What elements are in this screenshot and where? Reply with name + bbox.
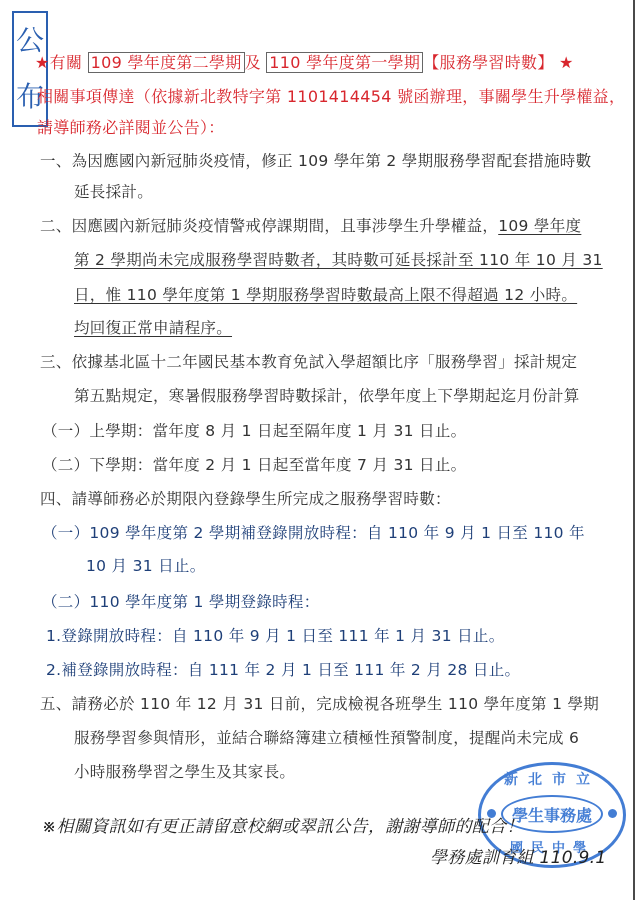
item-two-line-3: 日，惟 110 學年度第 1 學期服務學習時數最高上限不得超過 12 小時。	[74, 285, 577, 305]
seal-center-text: 學生事務處	[512, 803, 592, 826]
star-icon: ★	[35, 53, 50, 72]
header-line-3: 請導師務必詳閱並公告）：	[37, 118, 225, 138]
item-number: 一、	[40, 152, 72, 170]
item-one-line-2: 延長採計。	[74, 182, 153, 202]
stamp-char: 公	[16, 27, 44, 55]
item-four-sub-2: （二）110 學年度第 1 學期登錄時程：	[42, 592, 320, 612]
item-text: 請導師務必於期限內登錄學生所完成之服務學習時數：	[72, 490, 451, 508]
item-four-sub-2-item-1: 1.登錄開放時程：自 110 年 9 月 1 日至 111 年 1 月 31 日…	[46, 626, 505, 646]
item-three-sub-2: （二）下學期：當年度 2 月 1 日起至當年度 7 月 31 日止。	[42, 455, 466, 475]
header-conj: 及	[245, 53, 261, 72]
item-text: 為因應國內新冠肺炎疫情，修正 109 學年第 2 學期服務學習配套措施時數	[72, 152, 592, 170]
item-text: 因應國內新冠肺炎疫情警戒停課期間，且事涉學生升學權益，	[72, 217, 499, 235]
header-line-2: 相關事項傳達（依據新北教特字第 1101414454 號函辦理，事關學生升學權益…	[37, 87, 625, 107]
item-text: 請務必於 110 年 12 月 31 日前，完成檢視各班學生 110 學年度第 …	[72, 695, 599, 713]
item-four-sub-1-line-1: （一）109 學年度第 2 學期補登錄開放時程：自 110 年 9 月 1 日至…	[42, 523, 585, 543]
item-number: 五、	[40, 695, 72, 713]
item-four-sub-1-line-2: 10 月 31 日止。	[86, 556, 206, 576]
item-five-line-2: 服務學習參與情形，並結合聯絡簿建立積極性預警制度，提醒尚未完成 6	[74, 728, 579, 748]
footer-signature: 學務處訓育組 110.9.1	[430, 848, 607, 868]
item-number: 四、	[40, 490, 72, 508]
header-topic: 【服務學習時數】	[423, 53, 553, 72]
item-one-line-1: 一、為因應國內新冠肺炎疫情，修正 109 學年第 2 學期服務學習配套措施時數	[40, 151, 591, 171]
item-three-sub-1: （一）上學期：當年度 8 月 1 日起至隔年度 1 月 31 日止。	[42, 421, 466, 441]
header-prefix: 有關	[50, 53, 83, 72]
item-two-line-1: 二、因應國內新冠肺炎疫情警戒停課期間，且事涉學生升學權益，109 學年度	[40, 216, 581, 236]
announcement-page: 公 布 ★有關 109 學年度第二學期及 110 學年度第一學期【服務學習時數】…	[0, 0, 636, 900]
seal-flower-icon	[608, 809, 617, 818]
item-two-line-4: 均回復正常申請程序。	[74, 318, 232, 338]
term1-box: 109 學年度第二學期	[88, 52, 245, 73]
item-four-line-1: 四、請導師務必於期限內登錄學生所完成之服務學習時數：	[40, 489, 451, 509]
seal-top-text: 新北市立	[481, 769, 623, 789]
item-four-sub-2-item-2: 2.補登錄開放時程：自 111 年 2 月 1 日至 111 年 2 月 28 …	[46, 660, 520, 680]
item-number: 三、	[40, 353, 72, 371]
footer-note: ※相關資訊如有更正請留意校網或翠訊公告，謝謝導師的配合！	[42, 817, 524, 837]
header-line-1: ★有關 109 學年度第二學期及 110 學年度第一學期【服務學習時數】 ★	[35, 53, 574, 73]
page-edge	[633, 0, 635, 900]
item-text: 依據基北區十二年國民基本教育免試入學超額比序「服務學習」採計規定	[72, 353, 578, 371]
item-number: 二、	[40, 217, 72, 235]
star-icon: ★	[559, 53, 574, 72]
item-five-line-1: 五、請務必於 110 年 12 月 31 日前，完成檢視各班學生 110 學年度…	[40, 694, 599, 714]
item-two-line-2: 第 2 學期尚未完成服務學習時數者，其時數可延長採計至 110 年 10 月 3…	[74, 250, 603, 270]
item-three-line-2: 第五點規定，寒暑假服務學習時數採計，依學年度上下學期起迄月份計算	[74, 386, 580, 406]
term2-box: 110 學年度第一學期	[266, 52, 423, 73]
item-underlined: 109 學年度	[498, 217, 581, 235]
item-three-line-1: 三、依據基北區十二年國民基本教育免試入學超額比序「服務學習」採計規定	[40, 352, 577, 372]
item-five-line-3: 小時服務學習之學生及其家長。	[74, 762, 295, 782]
